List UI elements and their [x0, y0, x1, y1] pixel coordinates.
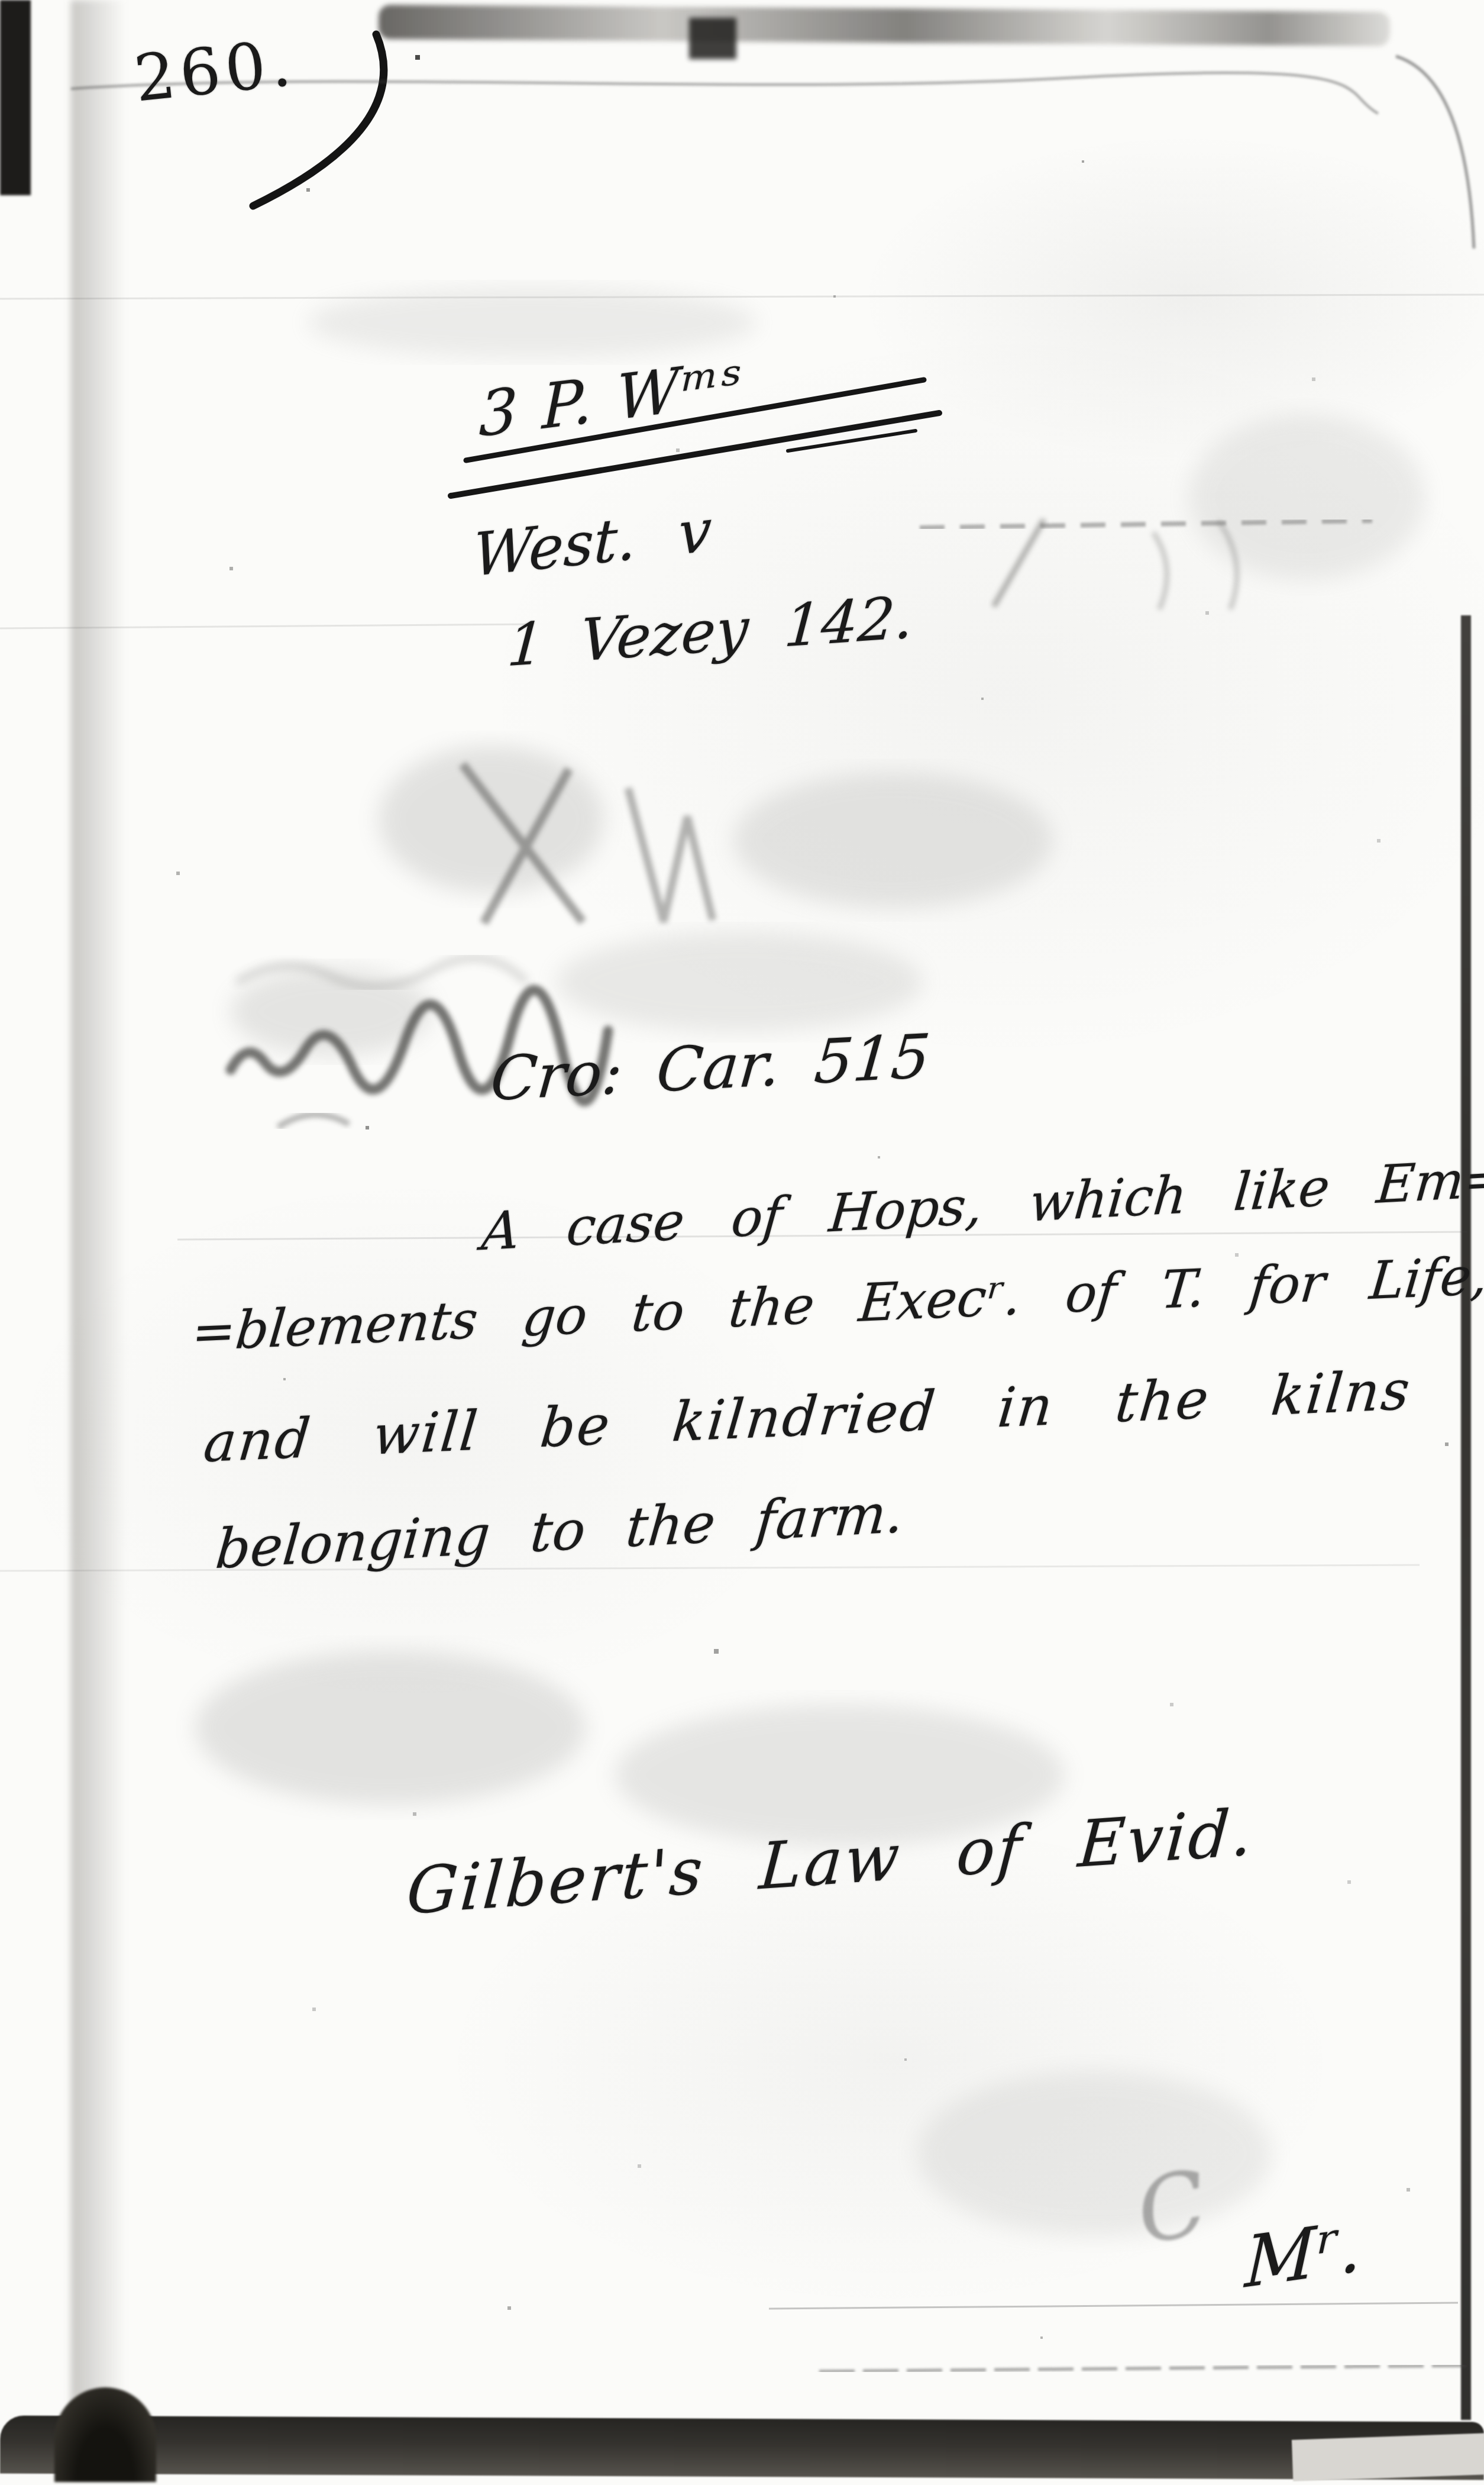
- ghost-letter-c: C: [1130, 2151, 1214, 2264]
- binding-shadow: [71, 0, 136, 2449]
- manuscript-page: 260. 3 P. Wᵐˢ West. v 1 Vezey 142. Cro: …: [0, 0, 1484, 2485]
- page-right-edge-shadow: [1461, 615, 1471, 2420]
- writer-monogram: Mʳ.: [1244, 2205, 1363, 2304]
- scan-corner-dark: [0, 0, 31, 195]
- page-number: 260.: [131, 26, 299, 117]
- note-line-3: and will be kilndried in the kilns: [201, 1358, 1414, 1475]
- page-top-edge-smudge: [379, 5, 1390, 46]
- page-bottom-edge-shadow: [0, 2416, 1484, 2480]
- struck-heading: 3 P. Wᵐˢ: [478, 346, 745, 451]
- citation-vesey: 1 Vezey 142.: [505, 584, 916, 680]
- paper-speckles: [0, 0, 1, 1]
- page-top-edge-dark-spot: [689, 18, 736, 59]
- bottom-dark-arch: [54, 2387, 156, 2482]
- note-line-4: belonging to the farm.: [213, 1482, 906, 1582]
- citation-croke: Cro: Car. 515: [488, 1021, 933, 1115]
- case-party-line: West. v: [472, 495, 713, 590]
- bottom-right-paper-corner: [1292, 2433, 1484, 2481]
- note-line-1: A case of Hops, which like Em=: [479, 1147, 1484, 1262]
- reference-gilbert: Gilbert's Law of Evid.: [405, 1795, 1257, 1929]
- note-line-2: =blements go to the Execʳ. of T. for Lif…: [189, 1245, 1484, 1363]
